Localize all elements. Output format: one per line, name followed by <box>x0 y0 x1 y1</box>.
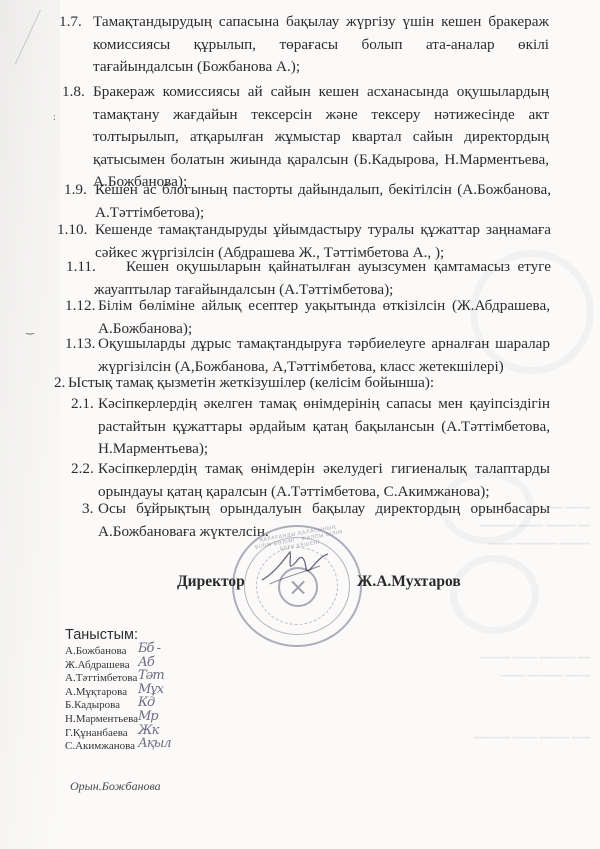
acquainted-list: А.Божбанова Бб - Ж.Абдрашева Аб А.Тәттім… <box>65 645 138 754</box>
acquainted-person: Ж.Абдрашева Аб <box>65 659 138 673</box>
page-edge-shadow <box>0 0 60 849</box>
director-title: Директор <box>177 573 245 591</box>
item-number: 1.9. <box>64 179 87 202</box>
item-text: Бракераж комиссиясы ай сайын кешен асхан… <box>93 81 549 194</box>
margin-mark: : <box>53 112 56 123</box>
acquainted-heading: Таныстым: <box>65 627 138 643</box>
order-item-1-9: 1.9. Кешен ас блогының пасторты дайындал… <box>95 179 551 224</box>
item-number: 1.13. <box>65 333 95 356</box>
item-number: 2.1. <box>71 393 94 416</box>
item-number: 1.8. <box>62 81 85 104</box>
order-item-1-7: 1.7. Тамақтандырудың сапасына бақылау жү… <box>93 11 549 79</box>
order-item-2-1: 2.1. Кәсіпкерлердің әкелген тамақ өнімде… <box>98 393 550 461</box>
acquainted-person: Н.Марментьева Мр <box>65 713 138 727</box>
bleed-through-text: ━━━━━ ━━━━ ━━━━━━ ━━ <box>480 650 590 668</box>
acquainted-person: А.Тәттімбетова Тәт <box>65 672 138 686</box>
acquainted-person: Б.Кадырова Кд <box>65 699 138 713</box>
item-number: 1.7. <box>59 11 82 34</box>
person-signature: Мұх <box>138 683 163 697</box>
item-number: 1.11. <box>66 256 96 279</box>
acquainted-person: А.Мұқтарова Мұх <box>65 686 138 700</box>
person-name: Н.Марментьева <box>65 713 138 725</box>
margin-mark: ‿ <box>26 324 34 335</box>
item-text: Тамақтандырудың сапасына бақылау жүргізу… <box>93 11 549 79</box>
item-number: 2.2. <box>71 458 94 481</box>
person-signature: Мр <box>138 710 158 724</box>
person-name: А.Тәттімбетова <box>65 672 137 684</box>
item-number: 2. <box>54 372 65 395</box>
bleed-through-mark <box>450 555 539 634</box>
person-signature: Ақыл <box>138 737 171 751</box>
item-text: Кәсіпкерлердің әкелген тамақ өнімдерінің… <box>98 393 550 461</box>
person-signature: Аб <box>138 656 154 670</box>
item-text: Кешен ас блогының пасторты дайындалып, б… <box>95 179 551 224</box>
order-item-1-8: 1.8. Бракераж комиссиясы ай сайын кешен … <box>93 81 549 194</box>
acquainted-person: А.Божбанова Бб - <box>65 645 138 659</box>
person-name: Г.Құнанбаева <box>65 727 128 739</box>
person-name: Б.Кадырова <box>65 699 120 711</box>
person-signature: Бб - <box>138 642 160 656</box>
acquainted-person: С.Акимжанова Ақыл <box>65 740 138 754</box>
document-page: ━━━━ ━━━━━━ ━━━━ ━━━━ ━━━━━━ ━━━━ ━━━━━ … <box>0 0 600 849</box>
bleed-through-text: ━━━━ ━━━━━━ ━━━━ <box>501 668 590 686</box>
item-number: 3. <box>82 498 93 521</box>
person-signature: Жк <box>138 724 158 738</box>
order-section-2: 2. Ыстық тамақ қызметін жеткізушілер (ке… <box>68 372 548 395</box>
person-name: Ж.Абдрашева <box>65 659 130 671</box>
director-name: Ж.А.Мухтаров <box>357 573 461 591</box>
order-item-2-2: 2.2. Кәсіпкерлердің тамақ өнімдерін әкел… <box>98 458 550 503</box>
person-signature: Тәт <box>138 669 164 683</box>
item-text: Кәсіпкерлердің тамақ өнімдерін әкелудегі… <box>98 458 550 503</box>
item-number: 1.10. <box>57 219 87 242</box>
person-signature: Кд <box>138 696 154 710</box>
acquainted-person: Г.Құнанбаева Жк <box>65 727 138 741</box>
person-name: А.Мұқтарова <box>65 686 127 698</box>
prepared-by: Орын.Божбанова <box>70 779 161 794</box>
item-number: 1.12. <box>65 295 95 318</box>
director-signature <box>260 548 330 588</box>
bleed-through-text: ━━━━━━ ━━━━ ━━━━━ ━━━ <box>474 730 590 748</box>
person-name: А.Божбанова <box>65 645 127 657</box>
item-text: Ыстық тамақ қызметін жеткізушілер (келіс… <box>68 372 548 395</box>
person-name: С.Акимжанова <box>65 740 135 752</box>
